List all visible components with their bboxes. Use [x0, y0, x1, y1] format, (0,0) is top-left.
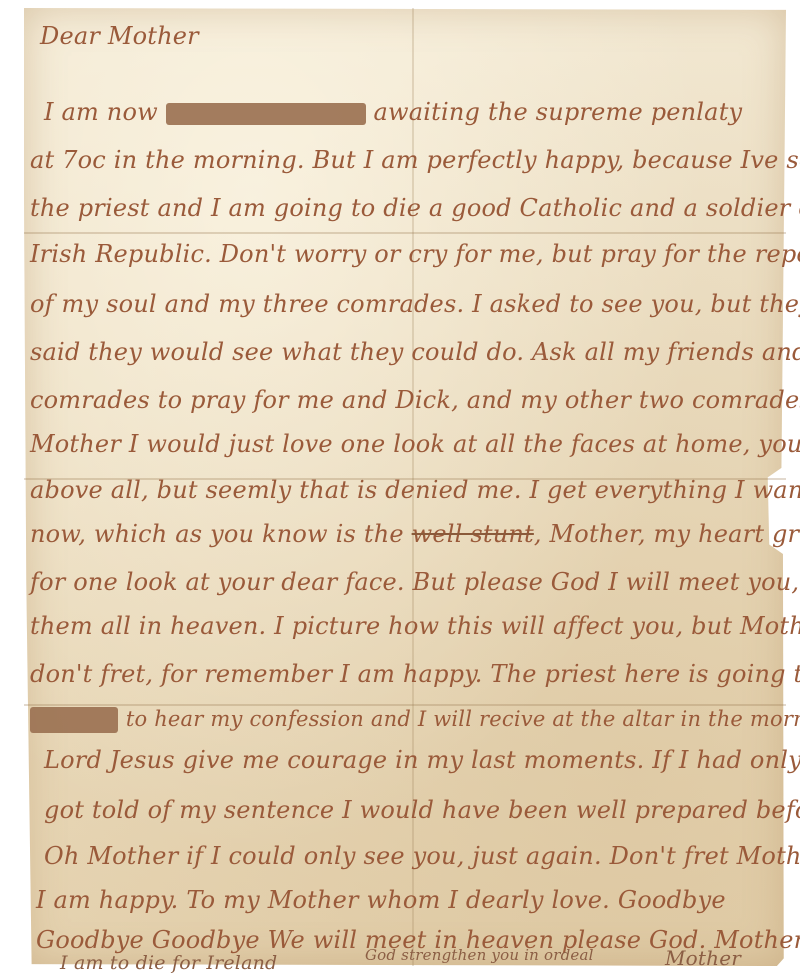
letter-line-8: Mother I would just love one look at all…: [30, 430, 800, 458]
letter-line-12: them all in heaven. I picture how this w…: [30, 612, 800, 640]
redacted-area: [166, 103, 366, 125]
line-text: , Mother, my heart grieves: [534, 520, 800, 548]
letter-line-16: got told of my sentence I would have bee…: [44, 796, 800, 824]
struck-text: well stunt: [412, 520, 534, 548]
letter-line-10: now, which as you know is the well stunt…: [30, 520, 800, 548]
letter-line-14: to hear my confession and I will recive …: [30, 704, 800, 733]
letter-line-9: above all, but seemly that is denied me.…: [30, 476, 800, 504]
footer-left: I am to die for Ireland: [60, 952, 277, 974]
letter-line-18: I am happy. To my Mother whom I dearly l…: [36, 886, 726, 914]
line-text: now, which as you know is the: [30, 520, 404, 548]
letter-line-1: I am now awaiting the supreme penlaty: [44, 98, 742, 126]
letter-line-5: of my soul and my three comrades. I aske…: [30, 290, 800, 318]
redacted-area: [30, 707, 118, 733]
letter-line-11: for one look at your dear face. But plea…: [30, 568, 800, 596]
footer-middle: God strengthen you in ordeal: [365, 946, 594, 964]
letter-line-7: comrades to pray for me and Dick, and my…: [30, 386, 800, 414]
letter-line-2: at 7oc in the morning. But I am perfectl…: [30, 146, 800, 174]
fold-crease-horizontal: [24, 232, 786, 234]
footer-right: Mother: [665, 946, 741, 970]
letter-line-3: the priest and I am going to die a good …: [30, 194, 800, 222]
line-text: to hear my confession and I will recive …: [126, 707, 800, 731]
letter-line-17: Oh Mother if I could only see you, just …: [44, 842, 800, 870]
line-text: awaiting the supreme penlaty: [374, 98, 743, 126]
letter-line-6: said they would see what they could do. …: [30, 338, 800, 366]
salutation: Dear Mother: [40, 22, 199, 50]
letter-line-4: Irish Republic. Don't worry or cry for m…: [30, 240, 800, 268]
letter-line-15: Lord Jesus give me courage in my last mo…: [44, 746, 800, 774]
line-text: I am now: [44, 98, 158, 126]
letter-line-13: don't fret, for remember I am happy. The…: [30, 660, 800, 688]
